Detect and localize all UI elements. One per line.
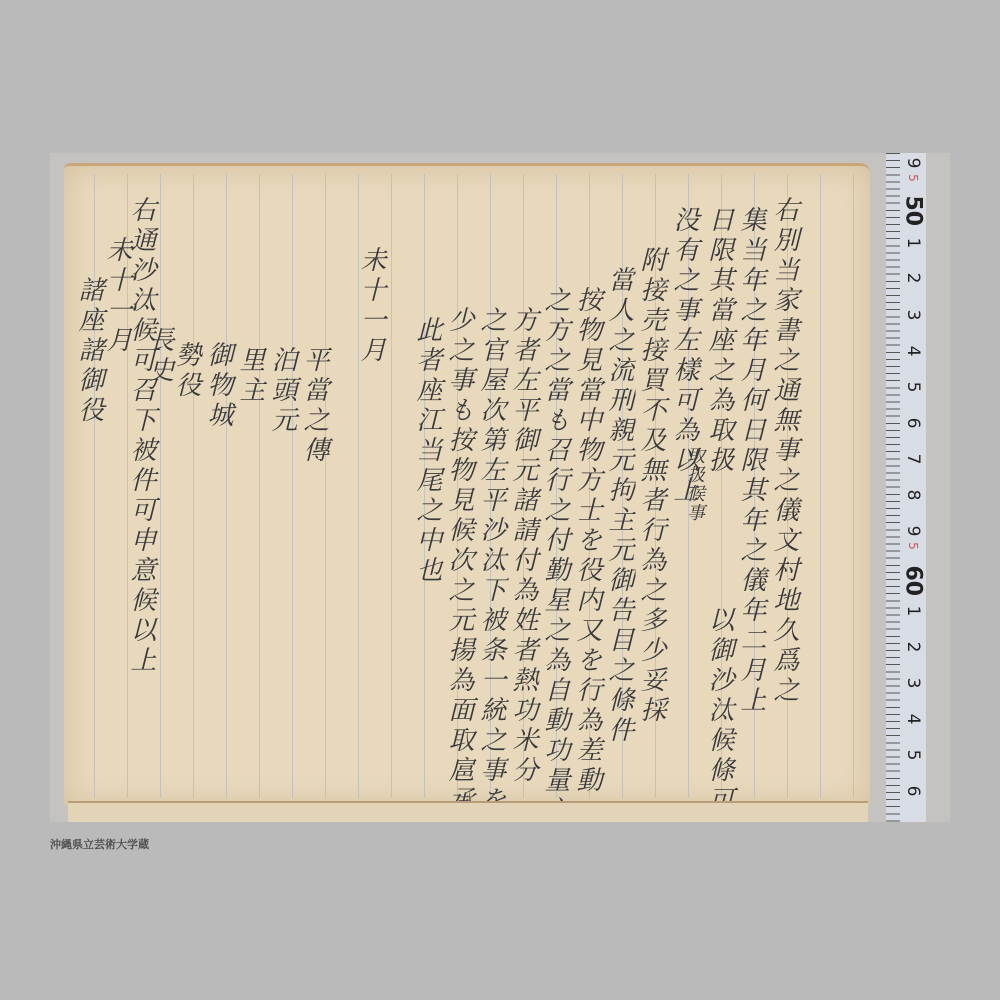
handwritten-column: 右別当家書之通無事之儀文村地久爲之 [769,196,799,706]
ruler-label: 1 [903,233,923,253]
ruler-label: 5 [906,536,920,556]
handwritten-column: 泊頭元 [267,346,297,436]
handwritten-column: 按物見當中物方士を役内又を行為差動 [572,286,602,796]
handwritten-column: 此者座江当尾之中也 [412,316,442,586]
handwritten-column: 之官屋次第左平沙汰下被条一統之事を附 [476,306,506,822]
handwritten-column: 未十一月 [102,236,132,356]
ruled-line [193,174,194,798]
ruler-label: 8 [903,485,923,505]
ruler-label: 60 [901,566,926,586]
handwritten-column: 諸座諸御役 [74,276,104,426]
ruler-label: 1 [903,601,923,621]
ruler-label: 5 [906,168,920,188]
ruler-label: 3 [903,305,923,325]
handwritten-column: 附接売接買不及無者行為之多少妥採 [636,246,666,726]
handwritten-column: 平當之傳 [299,346,329,466]
ruled-line [226,174,227,798]
ruled-line [325,174,326,798]
handwritten-column: 以御沙汰候條可被下 [704,606,734,822]
handwritten-column: 方者左平御元諸請付為姓者熱功米分 [508,306,538,786]
handwritten-column: 少之事も按物見候次之元揚為面取扈承達 [444,306,474,822]
ruled-line [853,174,854,798]
handwritten-column: 勢役 [171,341,201,401]
ruled-line [391,174,392,798]
handwritten-column: 御物城 [203,341,233,431]
ruled-line [292,174,293,798]
handwritten-column: 未十一月 [356,246,386,366]
ruled-line [94,174,95,798]
ruler-label: 5 [903,745,923,765]
ruler-label: 2 [903,268,923,288]
ruler-label: 4 [903,709,923,729]
handwritten-column: 集当年之年月何日限其年之儀年二月上 [736,206,766,716]
ruler-label: 50 [901,196,926,216]
ruler-label: 4 [903,341,923,361]
ruled-line [820,174,821,798]
next-page-edge [68,801,868,822]
collection-caption: 沖縄県立芸術大学蔵 [50,836,149,852]
ruler-label: 6 [903,781,923,801]
manuscript-photo: 右別当家書之通無事之儀文村地久爲之集当年之年月何日限其年之儀年二月上日限其當座之… [50,153,950,822]
ruled-line [160,174,161,798]
manuscript-page: 右別当家書之通無事之儀文村地久爲之集当年之年月何日限其年之儀年二月上日限其當座之… [64,163,870,806]
handwritten-column: 日限其當座之為取扱 [704,206,734,476]
handwritten-column: 當人之流刑親元拘主元御告目之條件 [604,266,634,746]
ruler-label: 2 [903,637,923,657]
handwritten-column: 之方之當も召行之付勤星之為自動功量之 [540,286,570,822]
ruler-label: 6 [903,413,923,433]
handwritten-column: 没有之事左樣可為以上 [669,206,699,506]
measuring-ruler: 9550123456789560123456 [886,153,926,822]
ruler-label: 7 [903,449,923,469]
ruled-line [259,174,260,798]
handwritten-column: 里主 [235,346,265,406]
ruler-label: 3 [903,673,923,693]
ruler-label: 5 [903,377,923,397]
